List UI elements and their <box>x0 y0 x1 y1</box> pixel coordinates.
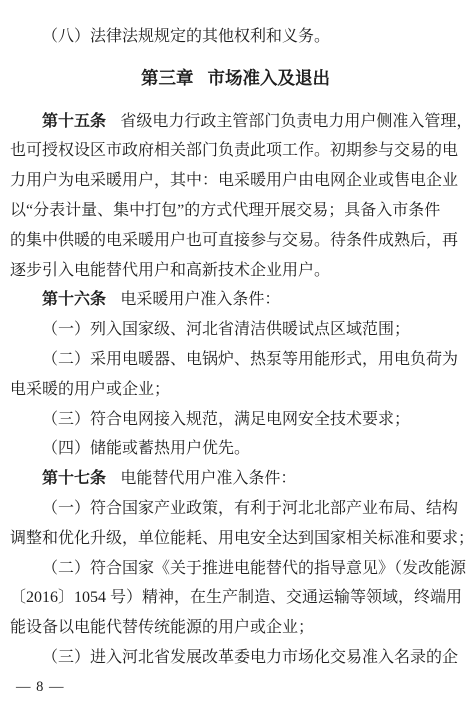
body-line: 力用户为电采暖用户，其中：电采暖用户由电网企业或售电企业 <box>10 166 461 196</box>
body-line: 调整和优化升级，单位能耗、用电安全达到国家相关标准和要求； <box>10 524 461 554</box>
body-line: 电采暖的用户或企业； <box>10 375 461 405</box>
body-line: 逐步引入电能替代用户和高新技术企业用户。 <box>10 256 461 286</box>
line-text: 电能替代用户准入条件： <box>120 470 296 487</box>
line-text: （四）储能或蓄热用户优先。 <box>42 440 250 457</box>
chapter-title: 市场准入及退出 <box>208 68 331 88</box>
line-text: （一）符合国家产业政策，有利于河北北部产业布局、结构 <box>42 500 458 517</box>
body-line: 能设备以电能代替传统能源的用户或企业； <box>10 613 461 643</box>
line-text: 省级电力行政主管部门负责电力用户侧准入管理， <box>120 113 471 130</box>
clause-2-line: （二）采用电暖器、电锅炉、热泵等用能形式，用电负荷为 <box>10 345 461 375</box>
line-text: 逐步引入电能替代用户和高新技术企业用户。 <box>10 262 330 279</box>
article-16-number: 第十六条 <box>42 291 106 308</box>
line-text: 以“分表计量、集中打包”的方式代理开展交易；具备入市条件 <box>10 202 440 219</box>
line-text: 调整和优化升级，单位能耗、用电安全达到国家相关标准和要求； <box>10 530 471 547</box>
line-text: （二）采用电暖器、电锅炉、热泵等用能形式，用电负荷为 <box>42 351 458 368</box>
line-text: 力用户为电采暖用户，其中：电采暖用户由电网企业或售电企业 <box>10 172 458 189</box>
article-15-opening-line: 第十五条省级电力行政主管部门负责电力用户侧准入管理， <box>10 107 461 137</box>
line-text: 能设备以电能代替传统能源的用户或企业； <box>10 619 314 636</box>
page-number-text: — 8 — <box>16 679 65 695</box>
line-text: （一）列入国家级、河北省清洁供暖试点区域范围； <box>42 321 410 338</box>
document-page: （八）法律法规规定的其他权利和义务。 第三章市场准入及退出 第十五条省级电力行政… <box>0 0 471 710</box>
article-17-opening-line: 第十七条电能替代用户准入条件： <box>10 464 461 494</box>
clause-1-line: （一）列入国家级、河北省清洁供暖试点区域范围； <box>10 315 461 345</box>
line-text: 电采暖的用户或企业； <box>10 381 170 398</box>
line-text: （三）进入河北省发展改革委电力市场化交易准入名录的企 <box>42 649 458 666</box>
clause-3-line: （三）进入河北省发展改革委电力市场化交易准入名录的企 <box>10 643 461 673</box>
line-text: （八）法律法规规定的其他权利和义务。 <box>42 28 330 45</box>
chapter-number: 第三章 <box>141 68 194 88</box>
clause-4-line: （四）储能或蓄热用户优先。 <box>10 434 461 464</box>
clause-8-line: （八）法律法规规定的其他权利和义务。 <box>10 22 461 52</box>
body-line: 也可授权设区市政府相关部门负责此项工作。初期参与交易的电 <box>10 136 461 166</box>
body-line: 的集中供暖的电采暖用户也可直接参与交易。待条件成熟后，再 <box>10 226 461 256</box>
clause-1-line: （一）符合国家产业政策，有利于河北北部产业布局、结构 <box>10 494 461 524</box>
body-line: 〔2016〕1054 号）精神，在生产制造、交通运输等领域，终端用 <box>10 583 461 613</box>
line-text: 电采暖用户准入条件： <box>120 291 280 308</box>
line-text: 的集中供暖的电采暖用户也可直接参与交易。待条件成熟后，再 <box>10 232 458 249</box>
line-text: （二）符合国家《关于推进电能替代的指导意见》（发改能源 <box>42 560 466 577</box>
chapter-heading: 第三章市场准入及退出 <box>10 64 461 94</box>
article-15-number: 第十五条 <box>42 113 106 130</box>
page-number: — 8 — <box>10 673 461 703</box>
article-17-number: 第十七条 <box>42 470 106 487</box>
body-line: 以“分表计量、集中打包”的方式代理开展交易；具备入市条件 <box>10 196 461 226</box>
line-text: （三）符合电网接入规范，满足电网安全技术要求； <box>42 411 410 428</box>
clause-3-line: （三）符合电网接入规范，满足电网安全技术要求； <box>10 405 461 435</box>
line-text: 也可授权设区市政府相关部门负责此项工作。初期参与交易的电 <box>10 142 458 159</box>
clause-2-line: （二）符合国家《关于推进电能替代的指导意见》（发改能源 <box>10 554 461 584</box>
article-16-opening-line: 第十六条电采暖用户准入条件： <box>10 285 461 315</box>
line-text: 〔2016〕1054 号）精神，在生产制造、交通运输等领域，终端用 <box>10 589 462 606</box>
